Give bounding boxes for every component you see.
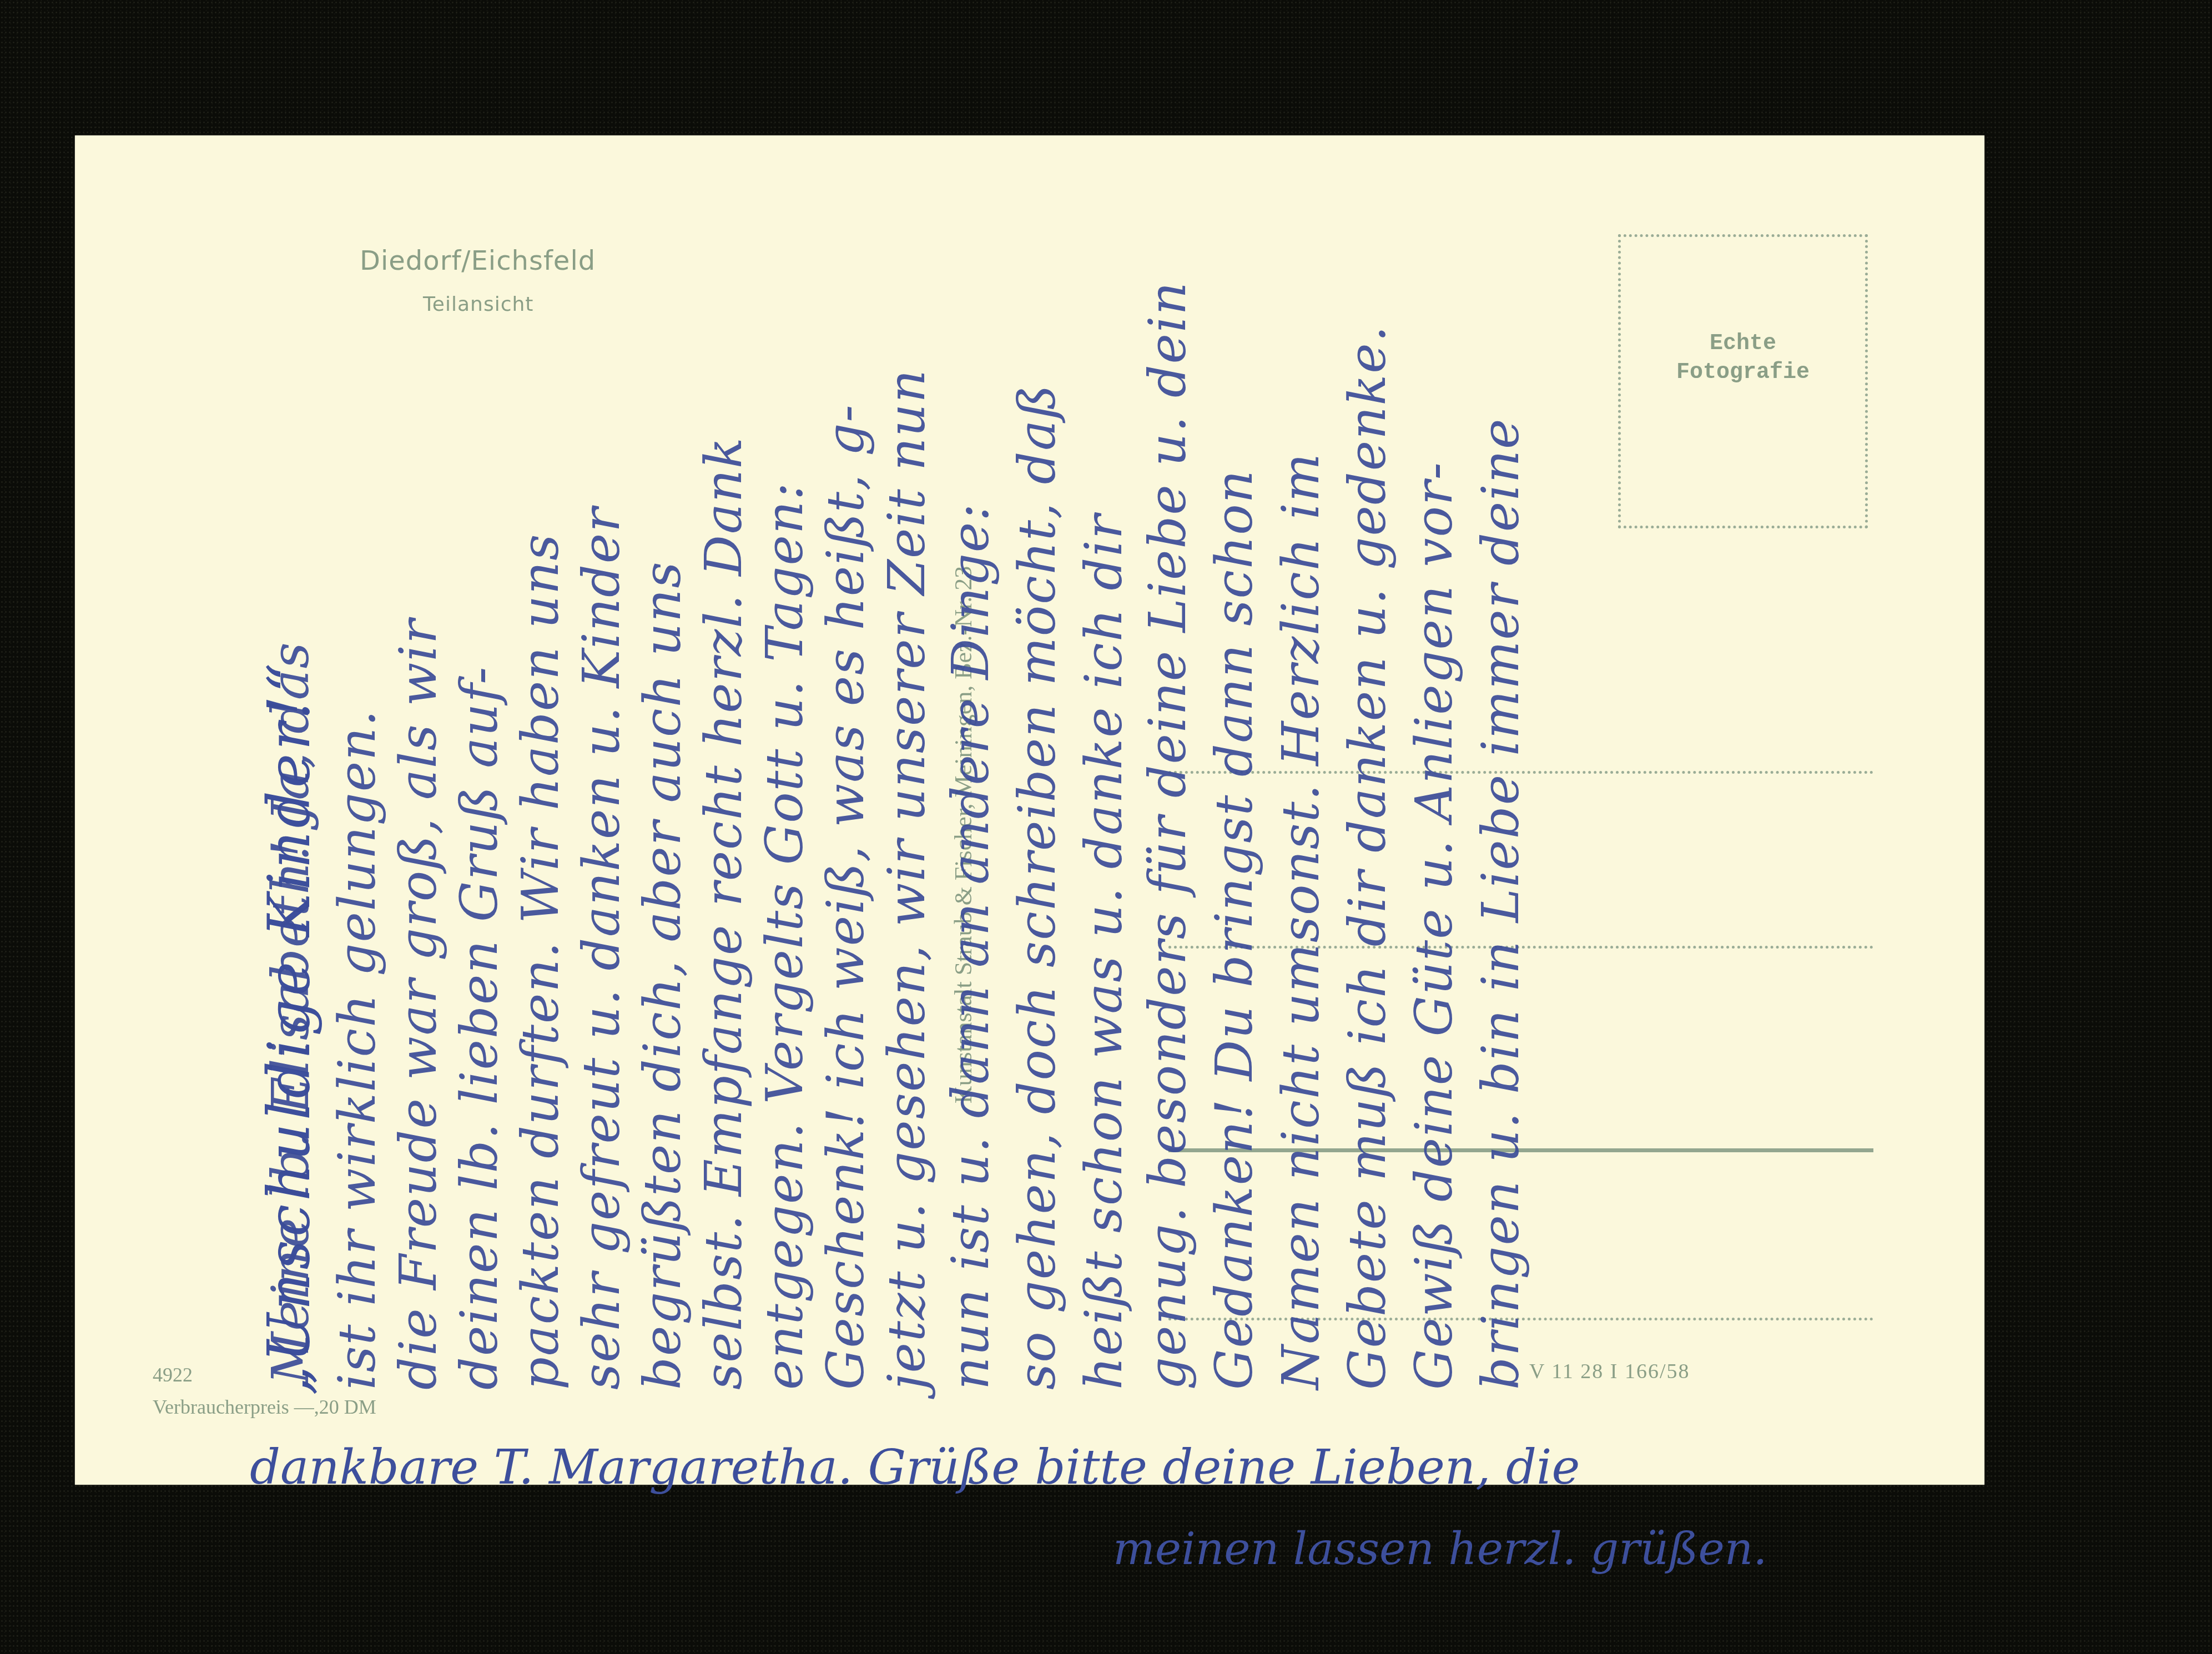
handwritten-line: die Freude war groß, als wir xyxy=(389,618,448,1390)
license-number: V 11 28 I 166/58 xyxy=(1529,1359,1690,1384)
handwritten-line: entgegen. Vergelts Gott u. Tagen: xyxy=(755,482,814,1390)
handwritten-line: selbst. Empfange recht herzl. Dank xyxy=(694,436,753,1390)
postcard: Diedorf/Eichsfeld Teilansicht Echte Foto… xyxy=(75,135,1984,1485)
handwritten-line: deinen lb. lieben Gruß auf- xyxy=(450,666,509,1390)
handwritten-line: packten durften. Wir haben uns xyxy=(511,533,570,1390)
signature-line-2: meinen lassen herzl. grüßen. xyxy=(1113,1523,1767,1575)
handwritten-line: heißt schon was u. danke ich dir xyxy=(1074,513,1133,1390)
handwritten-line-2: Meine lb. Elisabeth! Ja, das xyxy=(261,641,320,1384)
handwritten-line: so gehen, doch schreiben möcht, daß xyxy=(1007,384,1067,1390)
handwritten-line: Geschenk! ich weiß, was es heißt, g- xyxy=(816,404,875,1390)
handwritten-line: Gedanken! Du bringst dann schon xyxy=(1205,469,1264,1390)
stamp-box: Echte Fotografie xyxy=(1618,234,1868,528)
handwritten-line: begrüßten dich, aber auch uns xyxy=(633,561,692,1390)
handwritten-line: bringen u. bin in Liebe immer deine xyxy=(1471,418,1530,1390)
signature-line-1: dankbare T. Margaretha. Grüße bitte dein… xyxy=(250,1440,1580,1495)
place-title: Diedorf/Eichsfeld xyxy=(360,245,596,276)
consumer-price: Verbraucherpreis —,20 DM xyxy=(153,1395,376,1419)
place-subtitle: Teilansicht xyxy=(423,293,533,316)
handwritten-line: ist ihr wirklich gelungen. xyxy=(327,709,387,1390)
article-number: 4922 xyxy=(153,1363,193,1386)
handwritten-line: jetzt u. gesehen, wir unserer Zeit nun xyxy=(877,369,936,1390)
handwritten-line: genug. besonders für deine Liebe u. dein xyxy=(1138,281,1197,1390)
stamp-text-line2: Fotografie xyxy=(1621,360,1865,385)
handwritten-line: Namen nicht umsonst. Herzlich im xyxy=(1271,452,1331,1390)
handwritten-line: Gebete muß ich dir danken u. gedenke. xyxy=(1338,325,1397,1390)
handwritten-line: nun ist u. dann an andere Dinge: xyxy=(941,503,1000,1390)
handwritten-line: Gewiß deine Güte u. Anliegen vor- xyxy=(1404,461,1464,1390)
stamp-text-line1: Echte xyxy=(1621,331,1865,356)
handwritten-line: sehr gefreut u. danken u. Kinder xyxy=(572,507,631,1390)
